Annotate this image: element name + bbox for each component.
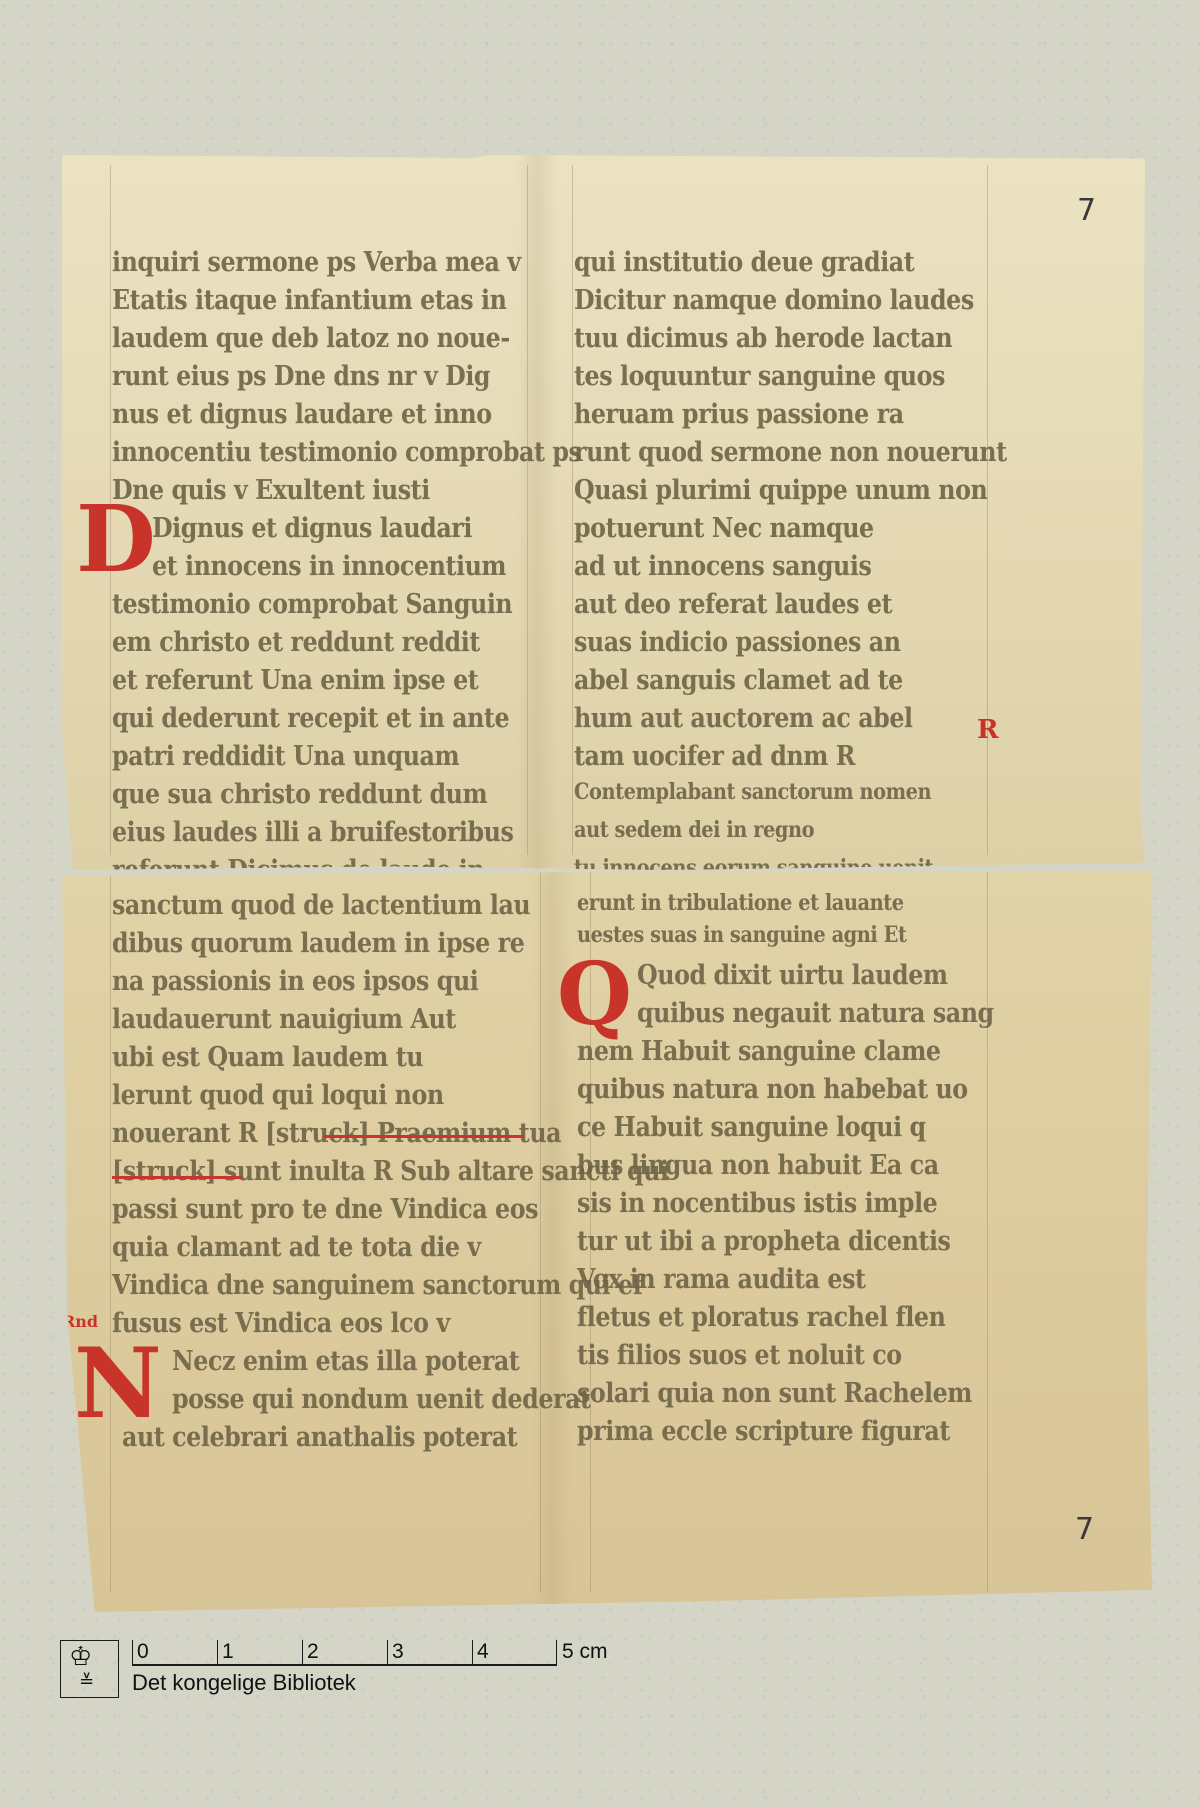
text-line: Etatis itaque infantium etas in — [112, 285, 506, 316]
text-line: eius laudes illi a bruifestoribus — [112, 817, 513, 848]
text-line: tis filios suos et noluit co — [577, 1340, 902, 1371]
center-fold — [517, 155, 557, 870]
text-line: solari quia non sunt Rachelem — [577, 1378, 972, 1409]
text-line: et innocens in innocentium — [152, 551, 506, 582]
text-line: Necz enim etas illa poterat — [172, 1346, 519, 1377]
text-line: quibus negauit natura sang — [637, 998, 994, 1029]
text-line: qui institutio deue gradiat — [574, 247, 914, 278]
text-line: runt eius ps Dne dns nr v Dig — [112, 361, 490, 392]
scale-ruler: 0 1 2 3 4 — [132, 1640, 557, 1666]
text-line: innocentiu testimonio comprobat ps — [112, 437, 581, 468]
ruler-tick — [556, 1640, 557, 1664]
text-line: laudem que deb latoz no noue- — [112, 323, 510, 354]
text-line: nus et dignus laudare et inno — [112, 399, 492, 430]
text-line: que sua christo reddunt dum — [112, 779, 487, 810]
text-line: tes loquuntur sanguine quos — [574, 361, 945, 392]
ruler-tick: 3 — [387, 1640, 388, 1664]
text-line: tam uocifer ad dnm R — [574, 741, 855, 772]
text-line: Contemplabant sanctorum nomen — [574, 779, 931, 805]
text-line: erunt in tribulatione et lauante — [577, 890, 904, 916]
text-line: hum aut auctorem ac abel — [574, 703, 913, 734]
text-line: lerunt quod qui loqui non — [112, 1080, 444, 1111]
text-line: Quod dixit uirtu laudem — [637, 960, 948, 991]
text-line: tur ut ibi a propheta dicentis — [577, 1226, 950, 1257]
ruler-tick: 4 — [472, 1640, 473, 1664]
ruler-tick: 0 — [132, 1640, 133, 1664]
text-line: em christo et reddunt reddit — [112, 627, 480, 658]
library-logo: ♔ ≚ — [60, 1640, 119, 1698]
manuscript-fragment-upper: 7 inquiri sermone ps Verba mea v Etatis … — [62, 155, 1145, 870]
text-line: Dne quis v Exultent iusti — [112, 475, 430, 506]
strikethrough-rule — [324, 1135, 524, 1138]
rubricated-initial-n: N — [74, 1327, 162, 1440]
text-line: fusus est Vindica eos lco v — [112, 1308, 450, 1339]
text-line: aut celebrari anathalis poterat — [122, 1422, 517, 1453]
text-line: qui dederunt recepit et in ante — [112, 703, 509, 734]
text-line: ubi est Quam laudem tu — [112, 1042, 423, 1073]
rubric-mark: R — [977, 715, 999, 745]
text-line: patri reddidit Una unquam — [112, 741, 459, 772]
text-line: tuu dicimus ab herode lactan — [574, 323, 952, 354]
text-line: fletus et ploratus rachel flen — [577, 1302, 945, 1333]
text-line: et referunt Una enim ipse et — [112, 665, 478, 696]
crown-monogram-icon: ♔ — [69, 1643, 92, 1671]
text-line: Dignus et dignus laudari — [152, 513, 472, 544]
rubricated-initial-d: D — [76, 485, 156, 593]
scale-unit-label: 5 cm — [562, 1640, 608, 1664]
ruling-line — [572, 165, 573, 855]
text-line: potuerunt Nec namque — [574, 513, 874, 544]
ruling-line — [110, 872, 111, 1592]
text-line: quia clamant ad te tota die v — [112, 1232, 481, 1263]
text-line: ce Habuit sanguine loqui q — [577, 1112, 926, 1143]
rubricated-initial-q: Q — [557, 944, 632, 1045]
ruler-tick: 1 — [217, 1640, 218, 1664]
ruling-line — [987, 872, 988, 1592]
text-line: heruam prius passione ra — [574, 399, 904, 430]
text-line: prima eccle scripture figurat — [577, 1416, 950, 1447]
text-line: inquiri sermone ps Verba mea v — [112, 247, 521, 278]
folio-number: 7 — [1075, 1512, 1094, 1547]
text-line: posse qui nondum uenit dederat — [172, 1384, 591, 1415]
text-line: sis in nocentibus istis imple — [577, 1188, 937, 1219]
text-line: nouerant R [struck] Praemium tua — [112, 1118, 561, 1149]
text-line: Dicitur namque domino laudes — [574, 285, 974, 316]
text-line: testimonio comprobat Sanguin — [112, 589, 512, 620]
text-line: aut deo referat laudes et — [574, 589, 892, 620]
text-line: dibus quorum laudem in ipse re — [112, 928, 524, 959]
institution-name: Det kongelige Bibliotek — [132, 1670, 356, 1696]
strikethrough-rule — [112, 1176, 242, 1179]
text-line: quibus natura non habebat uo — [577, 1074, 968, 1105]
folio-number: 7 — [1077, 193, 1096, 228]
text-line: passi sunt pro te dne Vindica eos — [112, 1194, 538, 1225]
text-line: Quasi plurimi quippe unum non — [574, 475, 987, 506]
text-line: abel sanguis clamet ad te — [574, 665, 903, 696]
text-line: Vindica dne sanguinem sanctorum qui ef — [112, 1270, 642, 1301]
text-line: sanctum quod de lactentium lau — [112, 890, 530, 921]
kb-monogram-icon: ≚ — [79, 1671, 94, 1692]
text-line: ad ut innocens sanguis — [574, 551, 871, 582]
ruling-line — [987, 165, 988, 855]
ruler-tick: 2 — [302, 1640, 303, 1664]
text-line: na passionis in eos ipsos qui — [112, 966, 478, 997]
manuscript-fragment-lower: 7 sanctum quod de lactentium lau dibus q… — [62, 872, 1152, 1612]
text-line: aut sedem dei in regno — [574, 817, 814, 843]
text-line: laudauerunt nauigium Aut — [112, 1004, 456, 1035]
text-line: Vox in rama audita est — [577, 1264, 866, 1295]
text-line: bus lingua non habuit Ea ca — [577, 1150, 939, 1181]
text-line: suas indicio passiones an — [574, 627, 901, 658]
text-line: runt quod sermone non nouerunt — [574, 437, 1007, 468]
